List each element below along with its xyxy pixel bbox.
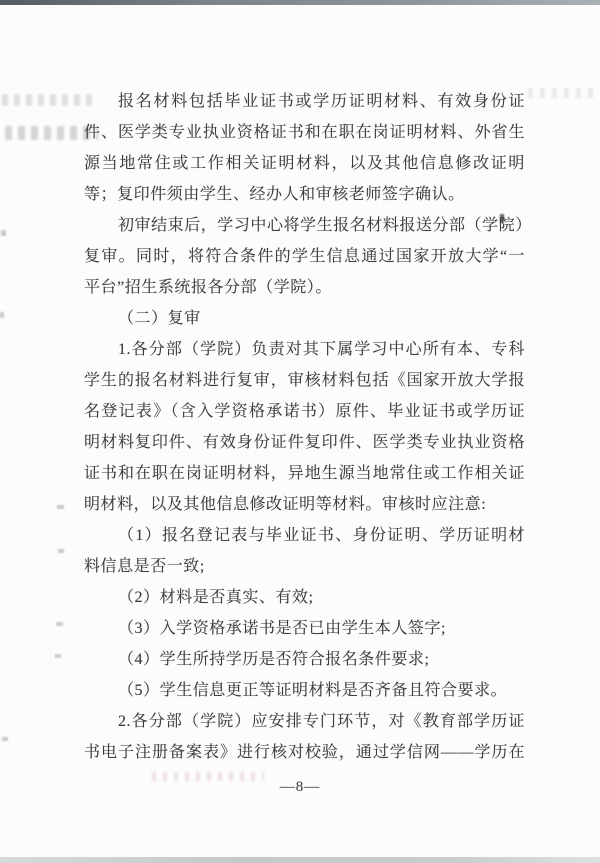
text-line: 平台”招生系统报各分部（学院）。	[84, 272, 525, 303]
text-line: 证书和在职在岗证明材料，异地生源当地常住或工作相关证	[84, 458, 525, 489]
text-line: （3）入学资格承诺书是否已由学生本人签字;	[84, 613, 525, 644]
scan-edge-bottom	[0, 857, 600, 863]
text-line: （1）报名登记表与毕业证书、身份证明、学历证明材	[84, 520, 525, 551]
text-line: 学生的报名材料进行复审，审核材料包括《国家开放大学报	[84, 365, 525, 396]
bleedthrough-mark	[528, 88, 594, 98]
text-line: （二）复审	[84, 303, 525, 334]
text-line: 明材料，以及其他信息修改证明等材料。审核时应注意:	[84, 489, 525, 520]
text-line: 源当地常住或工作相关证明材料，以及其他信息修改证明	[84, 148, 525, 179]
text-line: 明材料复印件、有效身份证件复印件、医学类专业执业资格	[84, 427, 525, 458]
bleedthrough-mark	[1, 230, 6, 236]
text-line: （5）学生信息更正等证明材料是否齐备且符合要求。	[84, 675, 525, 706]
scan-edge-top	[0, 0, 600, 5]
text-line: 1.各分部（学院）负责对其下属学习中心所有本、专科	[84, 334, 525, 365]
text-line: 复审。同时，将符合条件的学生信息通过国家开放大学“一	[84, 241, 525, 272]
text-line: 初审结束后，学习中心将学生报名材料报送分部（学院）	[84, 210, 525, 241]
text-line: 件、医学类专业执业资格证书和在职在岗证明材料、外省生	[84, 117, 525, 148]
text-line: 等；复印件须由学生、经办人和审核老师签字确认。	[84, 179, 525, 210]
text-line: 料信息是否一致;	[84, 551, 525, 582]
text-line: 名登记表》（含入学资格承诺书）原件、毕业证书或学历证	[84, 396, 525, 427]
bleedthrough-mark	[58, 549, 64, 553]
bleedthrough-mark	[55, 654, 61, 658]
bleedthrough-mark	[0, 312, 4, 318]
text-line: （2）材料是否真实、有效;	[84, 582, 525, 613]
text-line: 2.各分部（学院）应安排专门环节，对《教育部学历证	[84, 706, 525, 737]
bleedthrough-mark	[2, 737, 8, 741]
text-line: 书电子注册备案表》进行核对校验，通过学信网——学历在	[84, 737, 525, 768]
text-line: （4）学生所持学历是否符合报名条件要求;	[84, 644, 525, 675]
bleedthrough-mark	[56, 622, 63, 626]
text-line: 报名材料包括毕业证书或学历证明材料、有效身份证	[84, 86, 525, 117]
bleedthrough-mark	[57, 505, 64, 509]
document-body: 报名材料包括毕业证书或学历证明材料、有效身份证件、医学类专业执业资格证书和在职在…	[84, 86, 525, 768]
page-number: —8—	[0, 772, 600, 802]
scanned-document-page: 报名材料包括毕业证书或学历证明材料、有效身份证件、医学类专业执业资格证书和在职在…	[0, 0, 600, 863]
